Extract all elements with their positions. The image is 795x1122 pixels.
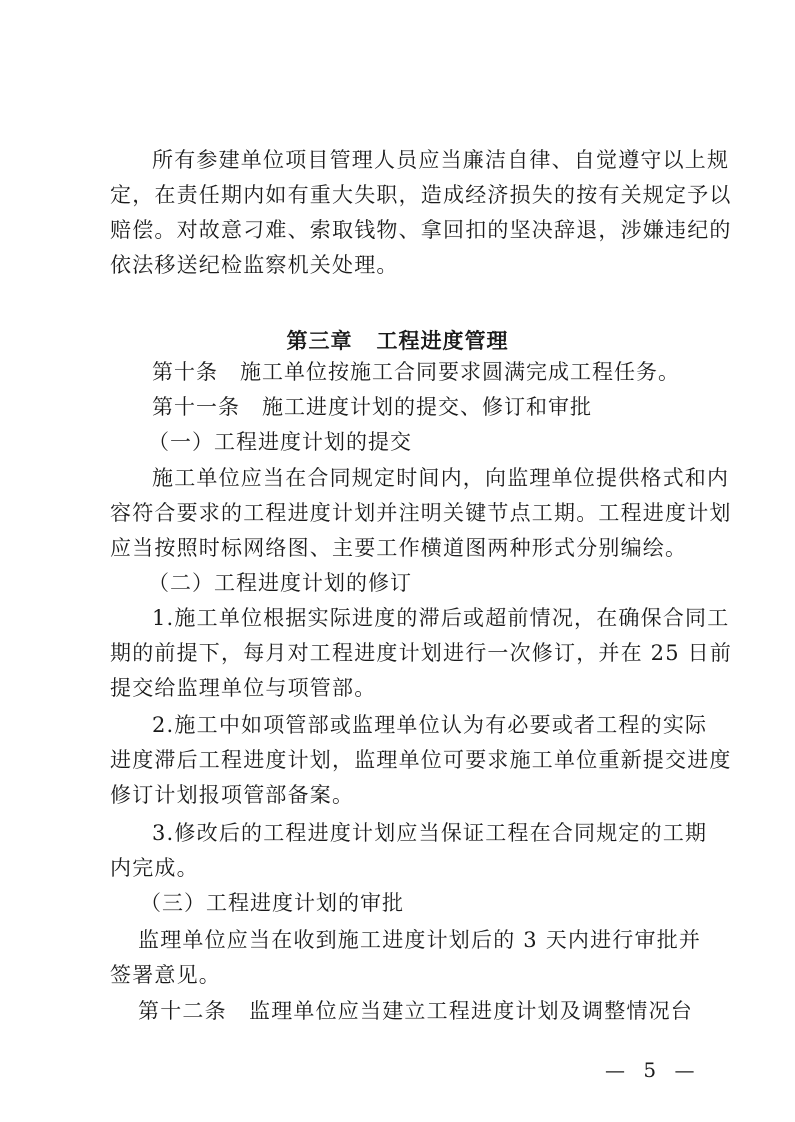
paragraph-line: 施工单位应当在合同规定时间内，向监理单位提供格式和内 [152, 463, 692, 493]
paragraph-line: 容符合要求的工程进度计划并注明关键节点工期。工程进度计划 [110, 498, 692, 528]
document-page: 所有参建单位项目管理人员应当廉洁自律、自觉遵守以上规 定，在责任期内如有重大失职… [0, 0, 795, 1122]
article-12: 第十二条 监理单位应当建立工程进度计划及调整情况台 [138, 996, 692, 1026]
paragraph-line: 内完成。 [110, 853, 692, 883]
paragraph-line: 监理单位应当在收到施工进度计划后的 3 天内进行审批并 [138, 925, 692, 955]
paragraph-line: 赔偿。对故意刁难、索取钱物、拿回扣的坚决辞退，涉嫌违纪的 [110, 215, 692, 245]
article-10: 第十条 施工单位按施工合同要求圆满完成工程任务。 [152, 357, 692, 387]
chapter-title: 工程进度管理 [377, 329, 509, 353]
paragraph-line: 依法移送纪检监察机关处理。 [110, 250, 692, 280]
paragraph-line: 2.施工中如项管部或监理单位认为有必要或者工程的实际 [152, 710, 692, 740]
paragraph-line: 进度滞后工程进度计划，监理单位可要求施工单位重新提交进度 [110, 745, 692, 775]
paragraph-line: 定，在责任期内如有重大失职，造成经济损失的按有关规定予以 [110, 180, 692, 210]
article-11: 第十一条 施工进度计划的提交、修订和审批 [152, 392, 692, 422]
paragraph-line: 3.修改后的工程进度计划应当保证工程在合同规定的工期 [152, 818, 692, 848]
paragraph-line: 签署意见。 [110, 960, 692, 990]
paragraph-line: 所有参建单位项目管理人员应当廉洁自律、自觉遵守以上规 [152, 145, 692, 175]
paragraph-line: 修订计划报项管部备案。 [110, 780, 692, 810]
section-heading: （三）工程进度计划的审批 [140, 888, 722, 918]
page-number: — 5 — [605, 1058, 700, 1082]
paragraph-line: 期的前提下，每月对工程进度计划进行一次修订，并在 25 日前 [110, 638, 692, 668]
chapter-number: 第三章 [287, 329, 353, 353]
paragraph-line: 1.施工单位根据实际进度的滞后或超前情况，在确保合同工 [152, 603, 692, 633]
chapter-heading: 第三章工程进度管理 [0, 325, 795, 355]
paragraph-line: 提交给监理单位与项管部。 [110, 673, 692, 703]
section-heading: （二）工程进度计划的修订 [148, 568, 730, 598]
paragraph-line: 应当按照时标网络图、主要工作横道图两种形式分别编绘。 [110, 533, 692, 563]
section-heading: （一）工程进度计划的提交 [148, 427, 730, 457]
